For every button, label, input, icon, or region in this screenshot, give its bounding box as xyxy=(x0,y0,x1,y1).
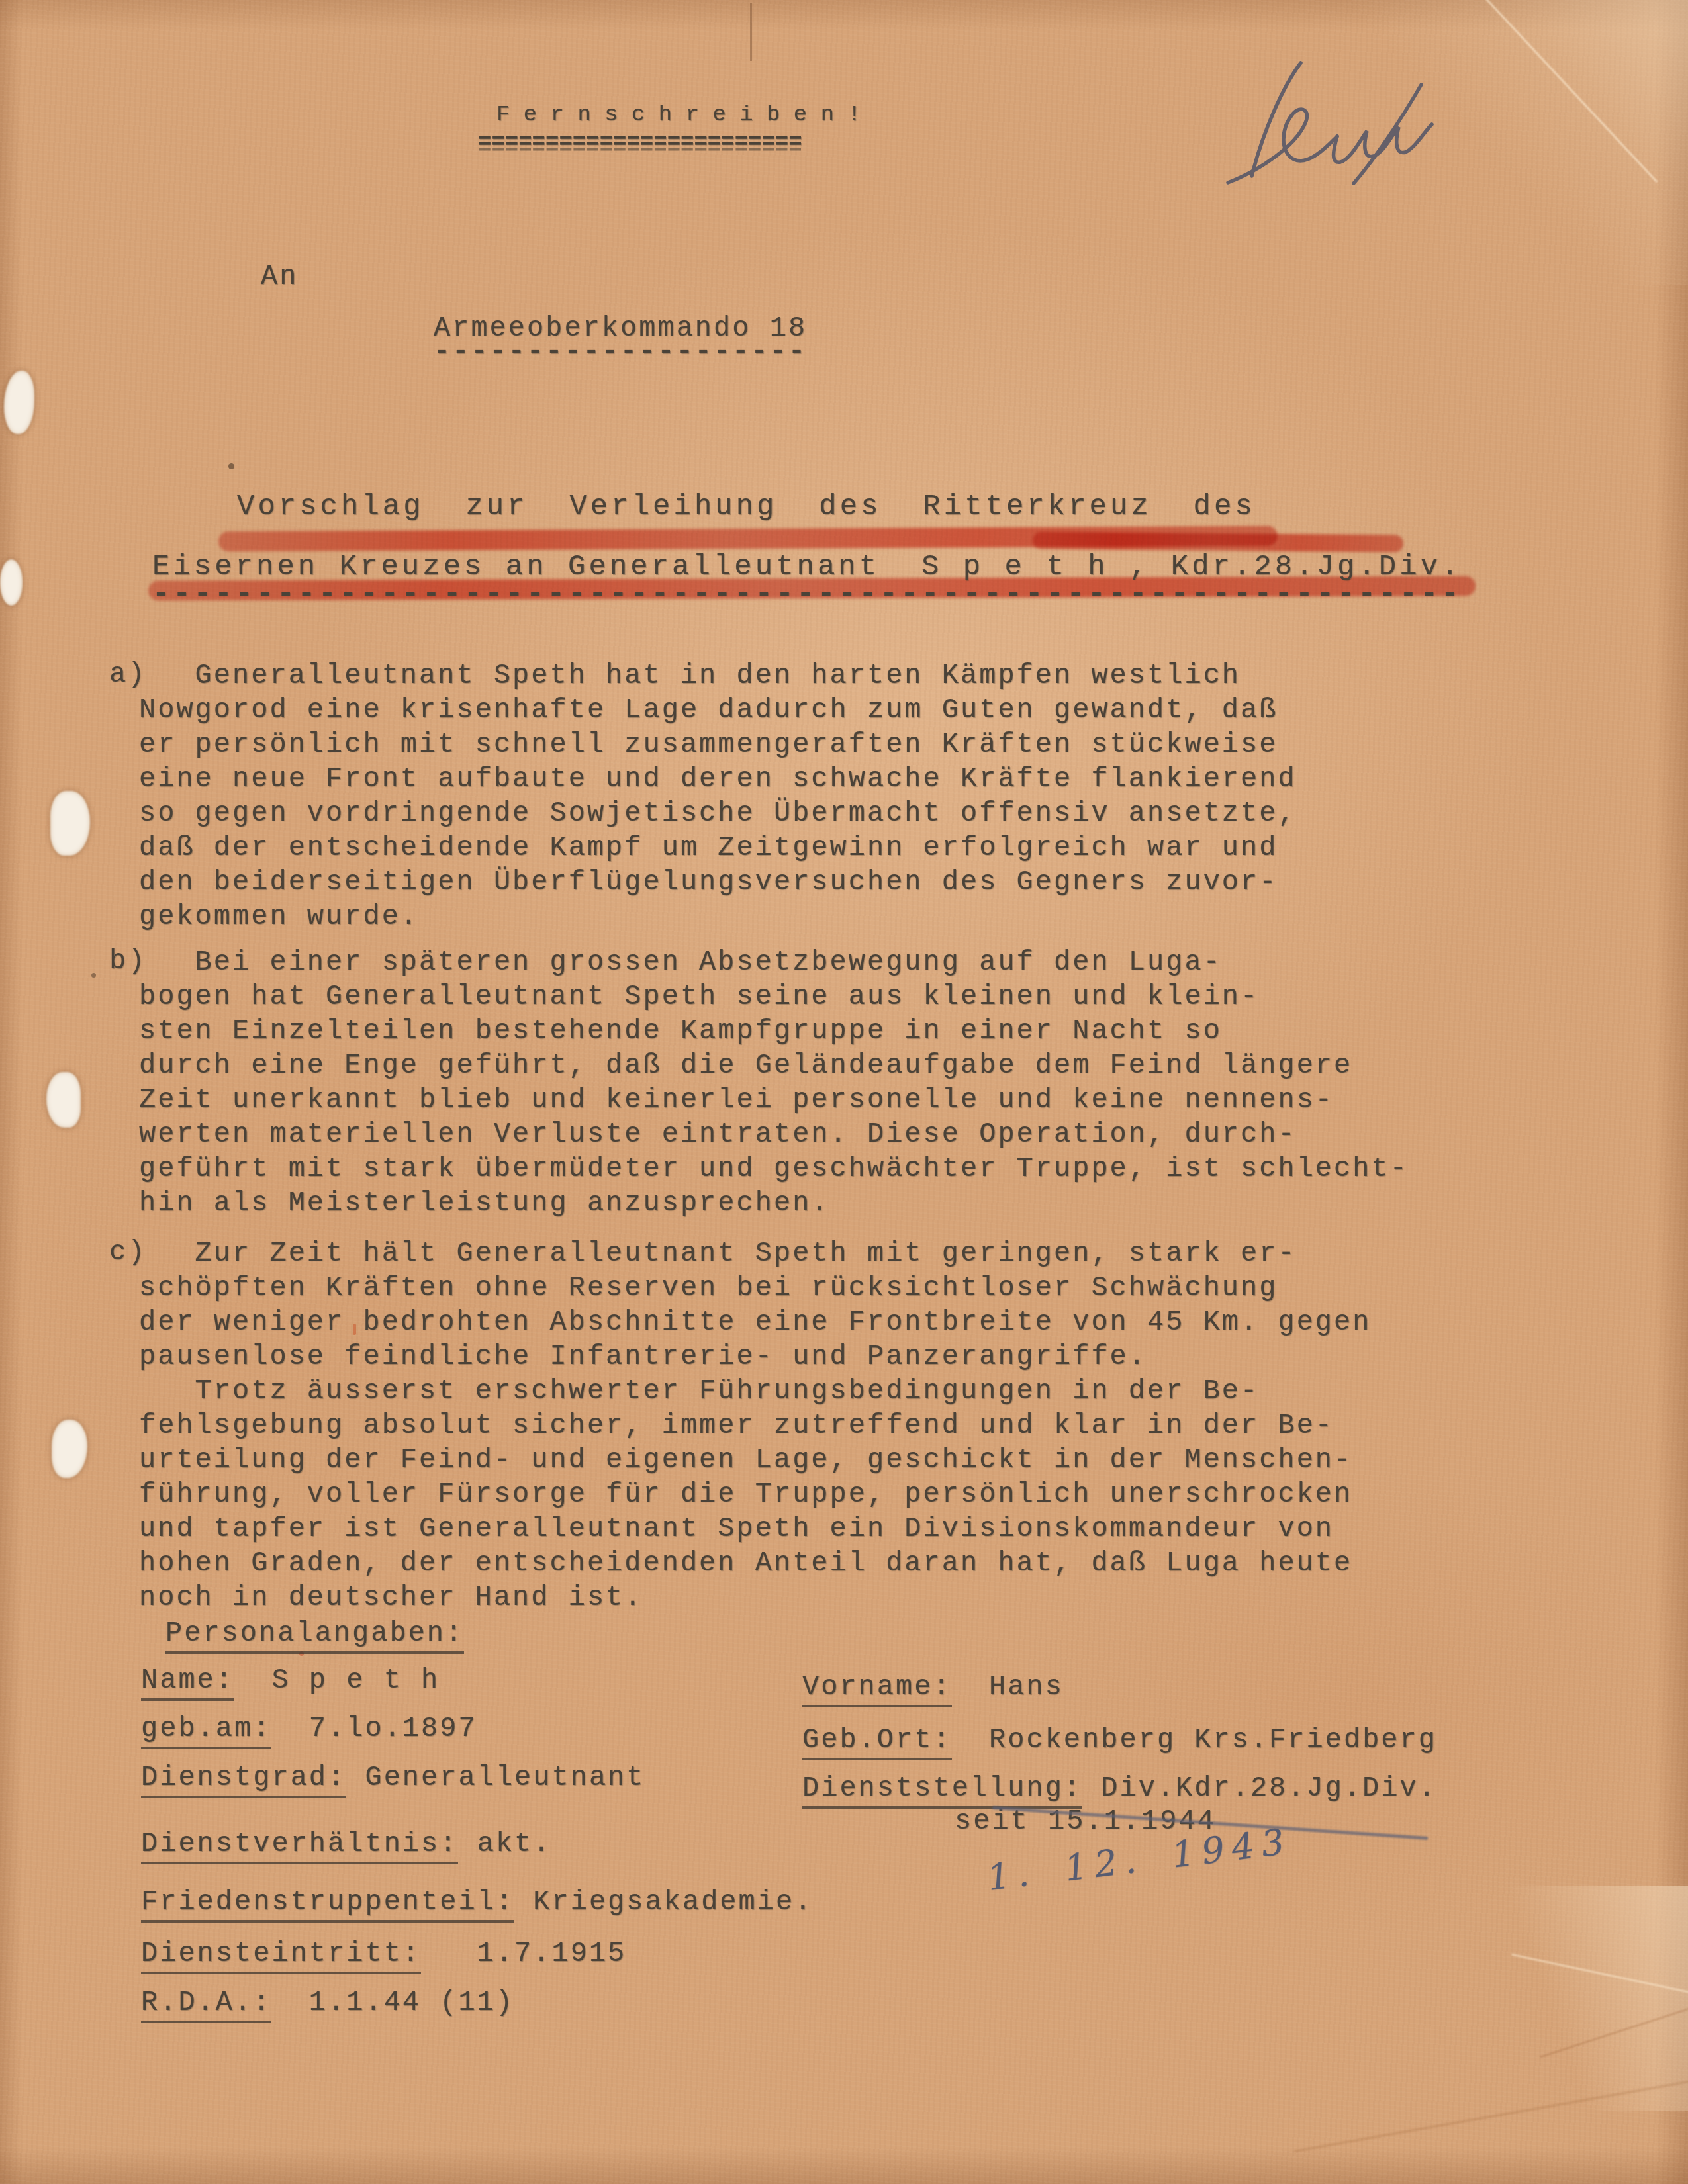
paper-fold-right xyxy=(1489,1886,1688,2111)
field-value: Kriegsakademie. xyxy=(514,1886,813,1918)
paper-tear xyxy=(50,791,90,856)
subject-line-1: Vorschlag zur Verleihung des Ritterkreuz… xyxy=(237,490,1256,524)
field-label: Dienstgrad: xyxy=(141,1762,346,1798)
paragraph-line: hin als Meisterleistung anzusprechen. xyxy=(139,1186,1409,1220)
field-service-status: Dienstverhältnis: akt. xyxy=(141,1828,552,1860)
field-value: Generalleutnant xyxy=(346,1762,645,1794)
field-label: Vorname: xyxy=(802,1671,952,1707)
paragraph-line: geführt mit stark übermüdeter und geschw… xyxy=(139,1152,1409,1186)
paragraph-line: durch eine Enge geführt, daß die Gelände… xyxy=(139,1048,1409,1083)
paragraph-line: gekommen wurde. xyxy=(139,899,1297,934)
paper-speck xyxy=(91,973,96,978)
paper-tear xyxy=(46,1072,81,1128)
handwritten-signature xyxy=(1201,46,1486,205)
paragraph-line: führung, voller Fürsorge für die Truppe,… xyxy=(139,1477,1371,1512)
paragraph-line: fehlsgebung absolut sicher, immer zutref… xyxy=(139,1408,1371,1443)
field-label: Friedenstruppenteil: xyxy=(141,1886,514,1923)
paragraph-line: Generalleutnant Speth hat in den harten … xyxy=(139,659,1297,693)
paragraph-line: Trotz äusserst erschwerter Führungsbedin… xyxy=(139,1374,1371,1408)
telex-document-page: F e r n s c h r e i b e n ! ============… xyxy=(0,0,1688,2184)
subject-underline: ----------------------------------------… xyxy=(152,577,1462,612)
field-peacetime-unit: Friedenstruppenteil: Kriegsakademie. xyxy=(141,1886,813,1918)
paragraph-line: sten Einzelteilen bestehende Kampfgruppe… xyxy=(139,1014,1409,1048)
paragraph-c: c) Zur Zeit hält Generalleutnant Speth m… xyxy=(139,1236,1371,1615)
field-birthplace: Geb.Ort: Rockenberg Krs.Friedberg xyxy=(802,1724,1437,1756)
paper-crease-top-center xyxy=(750,3,752,61)
paragraph-line: Zur Zeit hält Generalleutnant Speth mit … xyxy=(139,1236,1371,1271)
paragraph-line: hohen Graden, der entscheidenden Anteil … xyxy=(139,1546,1371,1580)
field-value: 7.lo.1897 xyxy=(271,1713,477,1745)
field-birthdate: geb.am: 7.lo.1897 xyxy=(141,1713,477,1745)
red-crayon-underline xyxy=(1033,532,1403,553)
paper-tear xyxy=(52,1420,87,1478)
field-label: Geb.Ort: xyxy=(802,1724,952,1760)
paragraph-line: pausenlose feindliche Infantrerie- und P… xyxy=(139,1340,1371,1374)
personal-data-heading: Personalangaben: xyxy=(165,1616,464,1651)
document-header-underline: ======================== xyxy=(478,126,802,160)
paragraph-line: so gegen vordringende Sowjetische Überma… xyxy=(139,796,1297,831)
paragraph-line: den beiderseitigen Überflügelungsversuch… xyxy=(139,865,1297,899)
address-recipient-underline: -------------------- xyxy=(434,335,807,369)
paragraph-line: und tapfer ist Generalleutnant Speth ein… xyxy=(139,1512,1371,1546)
paragraph-line: werten materiellen Verluste eintraten. D… xyxy=(139,1117,1409,1152)
field-label: Dienstverhältnis: xyxy=(141,1828,458,1864)
field-label: R.D.A.: xyxy=(141,1987,271,2023)
field-value: S p e t h xyxy=(234,1664,440,1696)
personal-data-heading-text: Personalangaben: xyxy=(165,1617,464,1654)
field-label: geb.am: xyxy=(141,1713,271,1749)
field-value: 1.1.44 (11) xyxy=(271,1987,514,2019)
field-value: Hans xyxy=(952,1671,1064,1703)
address-intro: An xyxy=(261,259,298,294)
field-value: Rockenberg Krs.Friedberg xyxy=(952,1724,1437,1756)
paragraph-line: Zeit unerkannt blieb und keinerlei perso… xyxy=(139,1083,1409,1117)
field-rank: Dienstgrad: Generalleutnant xyxy=(141,1762,645,1794)
field-label: Dienststellung: xyxy=(802,1772,1082,1809)
paragraph-line: Nowgorod eine krisenhafte Lage dadurch z… xyxy=(139,693,1297,727)
paragraph-line: daß der entscheidende Kampf um Zeitgewin… xyxy=(139,831,1297,865)
field-value: akt. xyxy=(458,1828,551,1860)
field-label: Name: xyxy=(141,1664,234,1701)
field-name: Name: S p e t h xyxy=(141,1664,440,1696)
paragraph-line: eine neue Front aufbaute und deren schwa… xyxy=(139,762,1297,796)
paragraph-line: bogen hat Generalleutnant Speth seine au… xyxy=(139,979,1409,1014)
field-value: Div.Kdr.28.Jg.Div. xyxy=(1082,1772,1437,1804)
paragraph-line: noch in deutscher Hand ist. xyxy=(139,1580,1371,1615)
paper-speck xyxy=(228,463,234,469)
paragraph-line: der weniger bedrohten Abschnitte eine Fr… xyxy=(139,1305,1371,1340)
field-first-name: Vorname: Hans xyxy=(802,1671,1064,1703)
field-rda: R.D.A.: 1.1.44 (11) xyxy=(141,1987,514,2019)
paragraph-line: schöpften Kräften ohne Reserven bei rück… xyxy=(139,1271,1371,1305)
paper-tear xyxy=(4,371,34,434)
field-service-entry: Diensteintritt: 1.7.1915 xyxy=(141,1938,626,1970)
field-value: 1.7.1915 xyxy=(421,1938,626,1970)
paragraph-a: a) Generalleutnant Speth hat in den hart… xyxy=(139,659,1297,934)
paragraph-line: Bei einer späteren grossen Absetzbewegun… xyxy=(139,945,1409,979)
paragraph-line: er persönlich mit schnell zusammengeraft… xyxy=(139,727,1297,762)
field-duty-position: Dienststellung: Div.Kdr.28.Jg.Div. xyxy=(802,1772,1437,1804)
paper-tear xyxy=(0,559,23,606)
paragraph-line: urteilung der Feind- und eigenen Lage, g… xyxy=(139,1443,1371,1477)
field-label: Diensteintritt: xyxy=(141,1938,421,1974)
paragraph-b: b) Bei einer späteren grossen Absetzbewe… xyxy=(139,945,1409,1220)
